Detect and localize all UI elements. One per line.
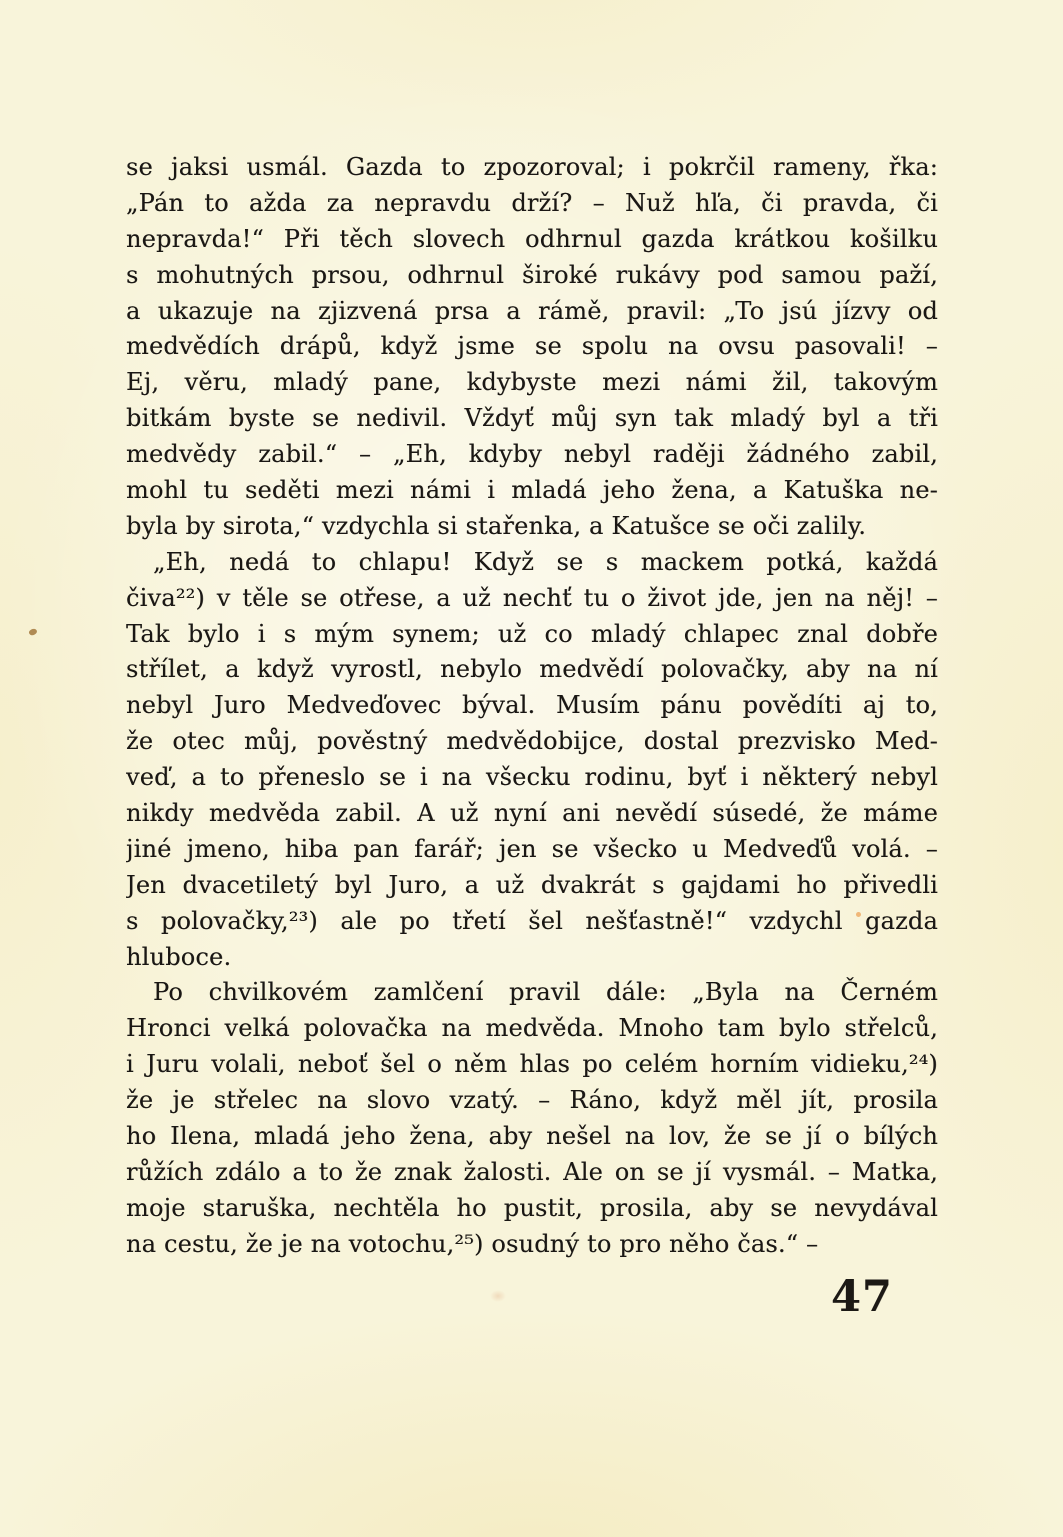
text-line: nebyl Juro Medveďovec býval. Musím pánu …: [126, 688, 938, 724]
paper-speck: [28, 627, 38, 636]
text-line: „Eh, nedá to chlapu! Když se s mackem po…: [126, 545, 938, 581]
text-line: byla by sirota,“ vzdychla si stařenka, a…: [126, 509, 938, 545]
text-line: čiva²²) v těle se otřese, a už nechť tu …: [126, 581, 938, 617]
text-line: medvědích drápů, když jsme se spolu na o…: [126, 329, 938, 365]
text-block: se jaksi usmál. Gazda to zpozoroval; i p…: [126, 150, 938, 1263]
text-line: medvědy zabil.“ – „Eh, kdyby nebyl raděj…: [126, 437, 938, 473]
text-line: moje staruška, nechtěla ho pustit, prosi…: [126, 1191, 938, 1227]
text-line: nikdy medvěda zabil. A už nyní ani nevěd…: [126, 796, 938, 832]
text-line: ho Ilena, mladá jeho žena, aby nešel na …: [126, 1119, 938, 1155]
text-line: s polovačky,²³) ale po třetí šel nešťast…: [126, 904, 938, 940]
text-line: se jaksi usmál. Gazda to zpozoroval; i p…: [126, 150, 938, 186]
text-line: jiné jmeno, hiba pan farář; jen se všeck…: [126, 832, 938, 868]
paper-stain: [490, 1290, 506, 1302]
text-line: veď, a to přeneslo se i na všecku rodinu…: [126, 760, 938, 796]
text-line: na cestu, že je na votochu,²⁵) osudný to…: [126, 1227, 938, 1263]
text-line: mohl tu seděti mezi námi i mladá jeho že…: [126, 473, 938, 509]
text-line: střílet, a když vyrostl, nebylo medvědí …: [126, 652, 938, 688]
text-line: i Juru volali, neboť šel o něm hlas po c…: [126, 1047, 938, 1083]
text-line: „Pán to ažda za nepravdu drží? – Nuž hľa…: [126, 186, 938, 222]
text-line: růžích zdálo a to že znak žalosti. Ale o…: [126, 1155, 938, 1191]
text-line: bitkám byste se nedivil. Vždyť můj syn t…: [126, 401, 938, 437]
text-line: a ukazuje na zjizvená prsa a rámě, pravi…: [126, 294, 938, 330]
text-line: Po chvilkovém zamlčení pravil dále: „Byl…: [126, 975, 938, 1011]
text-line: Tak bylo i s mým synem; už co mladý chla…: [126, 617, 938, 653]
text-line: Jen dvacetiletý byl Juro, a už dvakrát s…: [126, 868, 938, 904]
book-page-scan: se jaksi usmál. Gazda to zpozoroval; i p…: [0, 0, 1063, 1537]
text-line: nepravda!“ Při těch slovech odhrnul gazd…: [126, 222, 938, 258]
text-line: s mohutných prsou, odhrnul široké rukávy…: [126, 258, 938, 294]
page-number: 47: [831, 1274, 893, 1320]
text-line: Hronci velká polovačka na medvěda. Mnoho…: [126, 1011, 938, 1047]
text-line: že otec můj, pověstný medvědobijce, dost…: [126, 724, 938, 760]
text-line: hluboce.: [126, 940, 938, 976]
text-line: Ej, věru, mladý pane, kdybyste mezi námi…: [126, 365, 938, 401]
text-line: že je střelec na slovo vzatý. – Ráno, kd…: [126, 1083, 938, 1119]
